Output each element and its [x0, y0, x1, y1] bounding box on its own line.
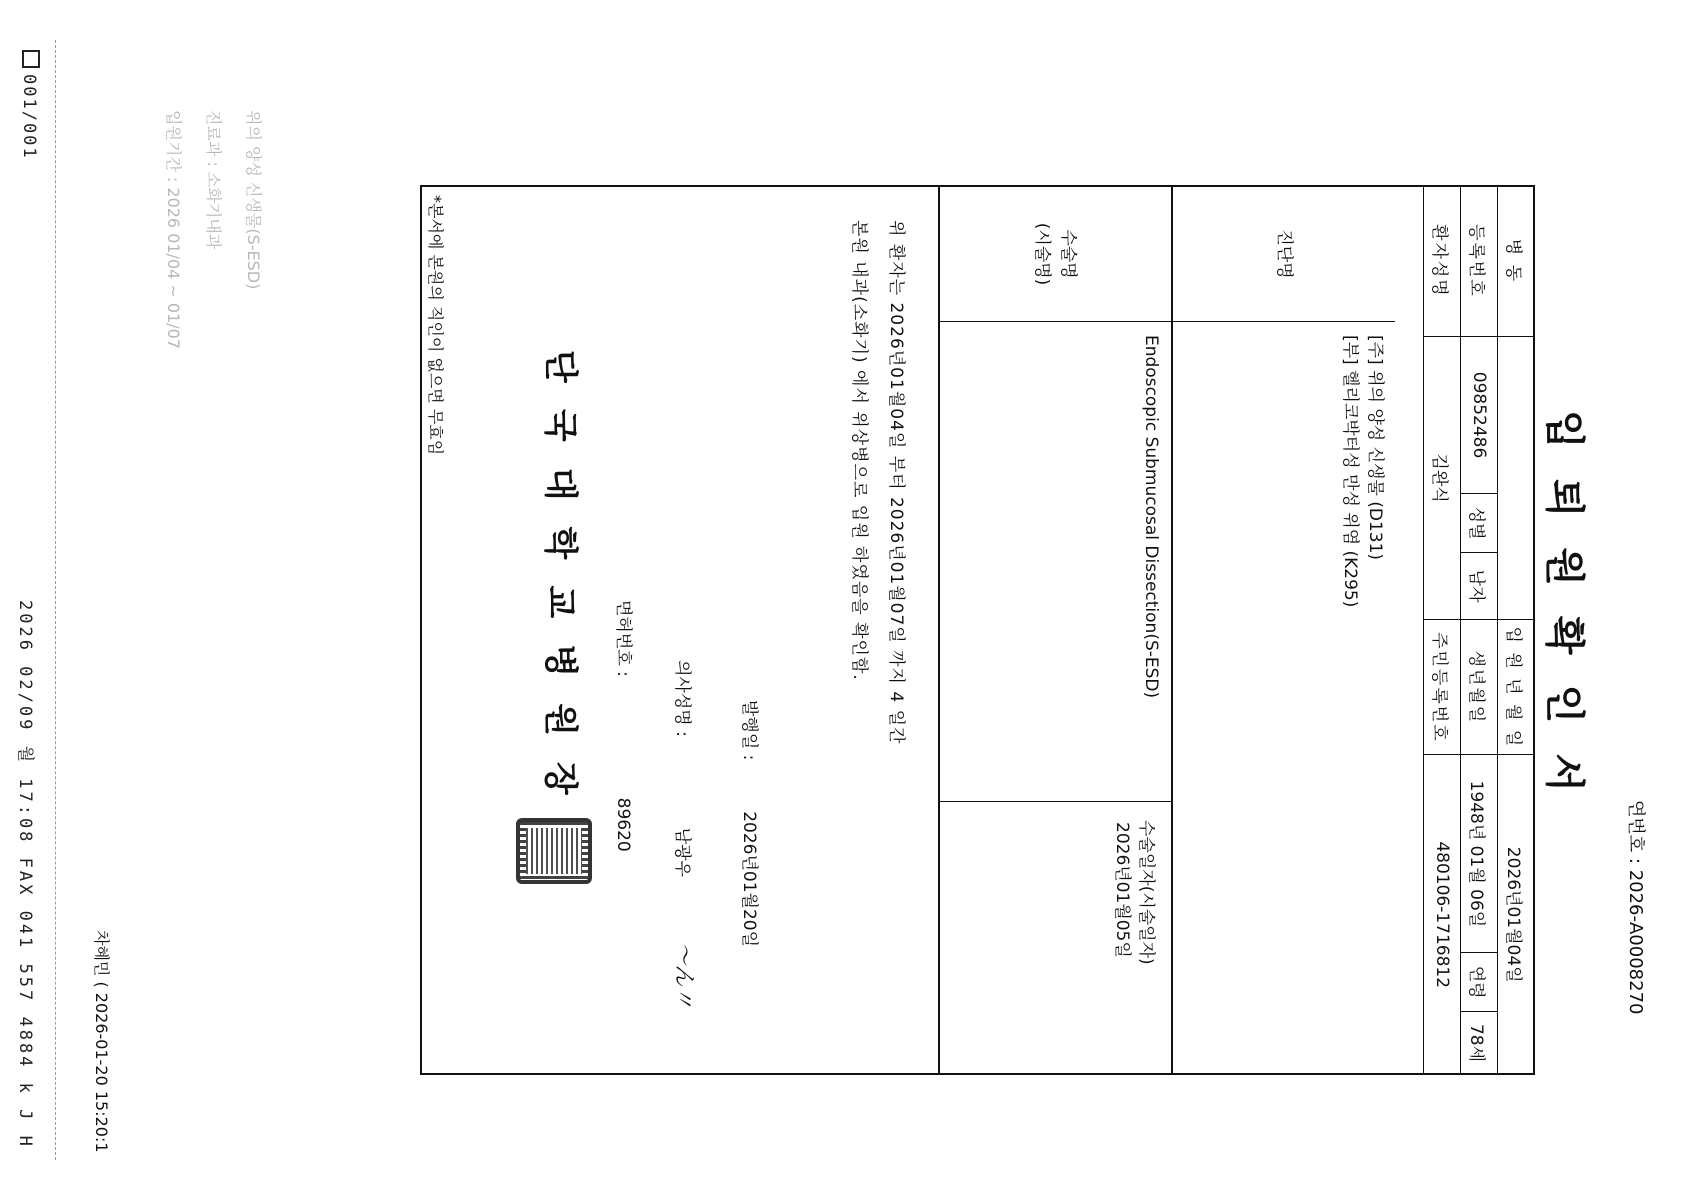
ward-label: 병 동: [1498, 186, 1535, 337]
surgery-section: 수술명 (시술명) Endoscopic Submucosal Dissecti…: [938, 185, 1171, 1075]
fax-page-count: 001/001: [19, 50, 40, 160]
reg-no-value: 09852486: [1461, 336, 1498, 494]
doctor-name: 의사성명 : 남광우 〜ん〃: [670, 660, 701, 1008]
admission-date-label: 입 원 년 월 일: [1498, 620, 1535, 755]
age-value: 78세: [1461, 1011, 1498, 1074]
diagnosis-primary: [주] 위의 양성 신생물 (D131): [1362, 335, 1387, 607]
diagnosis-label: 진단명: [1173, 187, 1395, 322]
diagnosis-section: 진단명 [주] 위의 양성 신생물 (D131) [부] 헬리코박터성 만성 위…: [1171, 185, 1395, 1075]
surgery-label: 수술명 (시술명): [940, 187, 1171, 322]
table-row: 병 동 입 원 년 월 일 2026년01월04일: [1498, 186, 1535, 1075]
hospital-seal-icon: [516, 818, 592, 884]
patient-name-label: 환자성명: [1424, 186, 1461, 337]
bleedthrough-text: 진료과 : 소화기내과: [203, 110, 226, 249]
table-row: 등록번호 09852486 성별 남자 생년월일 1948년 01월 06일 연…: [1461, 186, 1498, 1075]
rotated-document: 001/001 2026 02/09 월 17:08 FAX 041 557 4…: [0, 0, 1686, 1192]
serial-number: 연번호 : 2026-A0008270: [1624, 800, 1650, 1014]
resident-no-value: 480106-1716812: [1424, 755, 1461, 1075]
age-label: 연령: [1461, 953, 1498, 1012]
surgery-name: Endoscopic Submucosal Dissection(S-ESD): [1141, 335, 1161, 698]
fax-check-icon: [22, 50, 40, 68]
dob-label: 생년월일: [1461, 620, 1498, 755]
bleedthrough-text: 위의 양성 신생물(S-ESD): [243, 110, 266, 289]
diagnosis-secondary: [부] 헬리코박터성 만성 위염 (K295): [1337, 335, 1362, 607]
surgery-date-label: 수술일자(시술일자): [1136, 820, 1161, 965]
ward-value: [1498, 336, 1535, 620]
sex-label: 성별: [1461, 494, 1498, 553]
doctor-signature: 〜ん〃: [671, 942, 696, 1008]
license-number: 면허번호 : 89620: [613, 600, 638, 852]
surgery-date-cell: 수술일자(시술일자) 2026년01월05일: [940, 801, 1171, 1073]
reg-no-label: 등록번호: [1461, 186, 1498, 337]
surgery-date-value: 2026년01월05일: [1112, 822, 1137, 958]
statement-line-1: 위 환자는 2026년01월04일 부터 2026년01월07일 까지 4 일간: [886, 220, 911, 744]
diagnosis-list: [주] 위의 양성 신생물 (D131) [부] 헬리코박터성 만성 위염 (K…: [1337, 335, 1387, 607]
issue-date: 발행일 : 2026년01월20일: [739, 700, 764, 947]
patient-name-value: 김완식: [1424, 336, 1461, 620]
fax-transmission-line: 2026 02/09 월 17:08 FAX 041 557 4884 k J …: [15, 600, 40, 1149]
scanned-fax-page: 001/001 2026 02/09 월 17:08 FAX 041 557 4…: [0, 0, 1686, 1192]
sex-value: 남자: [1461, 552, 1498, 620]
fax-divider: [55, 40, 56, 1160]
footnote: *본서에 본원의 직인이 없으면 무효임: [425, 195, 448, 455]
resident-no-label: 주민등록번호: [1424, 620, 1461, 755]
patient-info-table: 병 동 입 원 년 월 일 2026년01월04일 등록번호 09852486 …: [1423, 185, 1535, 1075]
printed-by: 차혜민 ( 2026-01-20 15:20:1: [91, 930, 114, 1153]
document-title: 입퇴원확인서: [1539, 410, 1596, 822]
bleedthrough-text: 입원기간 : 2026 01/04 ~ 01/07: [163, 110, 186, 349]
hospital-director: 단국대학교병원장: [539, 350, 588, 821]
admission-date-value: 2026년01월04일: [1498, 755, 1535, 1075]
dob-value: 1948년 01월 06일: [1461, 755, 1498, 953]
statement-line-2: 본원 내과(소화기) 에서 위상병으로 입원 하였음을 확인함.: [849, 220, 874, 681]
table-row: 환자성명 김완식 주민등록번호 480106-1716812: [1424, 186, 1461, 1075]
